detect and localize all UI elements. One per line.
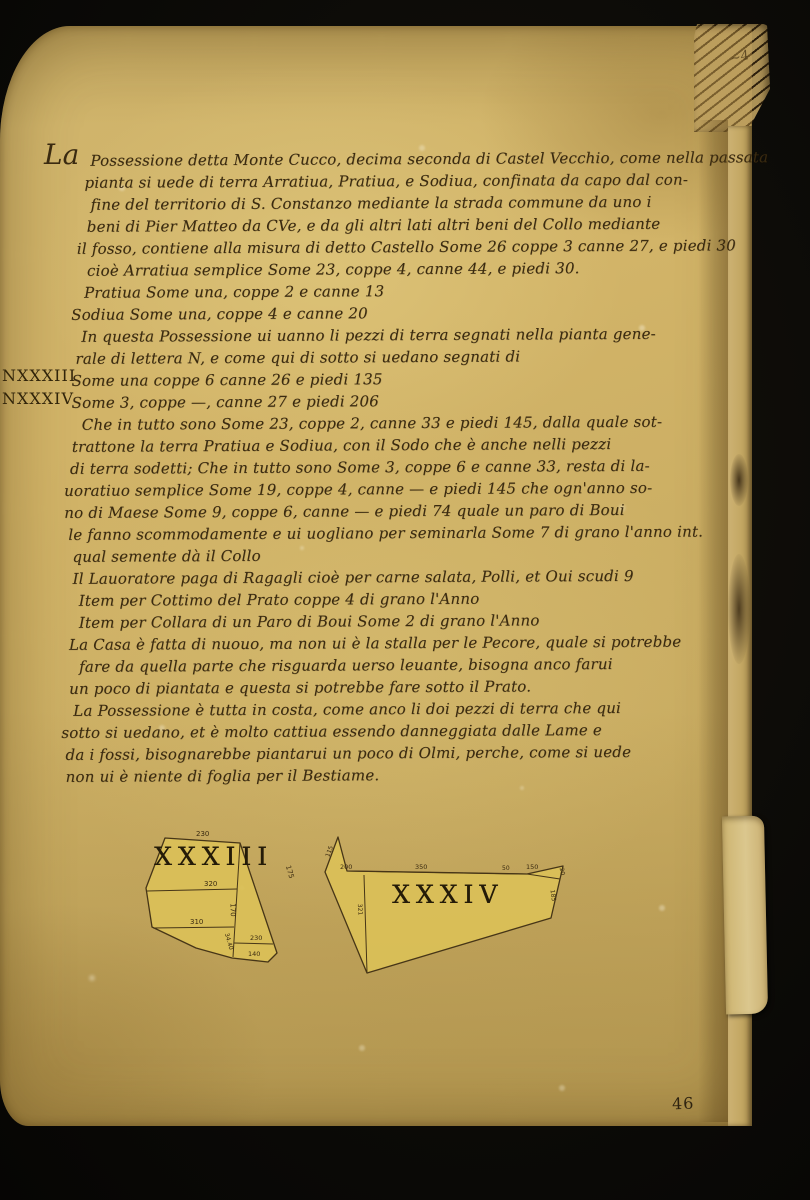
measurement-label: 200	[340, 863, 352, 871]
measurement-label: 310	[190, 918, 203, 926]
measurement-label: 321	[356, 904, 364, 916]
parchment-tab	[722, 816, 768, 1015]
parcel-label-xxxiii: XXXIII	[154, 842, 273, 871]
measurement-label: 185	[548, 889, 557, 901]
margin-label-xxxiii: NXXXIII	[2, 366, 76, 385]
parchment-speckles	[0, 26, 4, 30]
manuscript-line: La Casa è fatta di nuouo, ma non ui è la…	[69, 630, 771, 656]
parcel-label-xxxiv: XXXIV	[392, 880, 503, 909]
page-number: 46	[672, 1094, 695, 1114]
measurement-label: 140	[248, 950, 260, 958]
measurement-label: 50	[502, 865, 510, 872]
measurement-label: 150	[526, 863, 538, 871]
measurement-label: 350	[415, 863, 427, 871]
manuscript-line: il fosso, contiene alla misura di detto …	[77, 234, 769, 260]
folio-corner-stack	[694, 24, 770, 132]
measurement-label: 170	[228, 903, 236, 917]
photo-backdrop: La Possessione detta Monte Cucco, decima…	[0, 0, 810, 1200]
measurement-label: 230	[250, 934, 262, 942]
manuscript-line: pianta si uede di terra Arratiua, Pratiu…	[84, 168, 768, 194]
measurement-label: 230	[196, 830, 209, 838]
manuscript-text: Possessione detta Monte Cucco, decima se…	[70, 146, 771, 788]
measurement-label: 320	[204, 880, 217, 888]
parcel-diagram-xxxiii: XXXIII 230 175 320 170 310 34.40 230 140	[140, 830, 290, 970]
margin-label-xxxiv: NXXXIV	[2, 389, 74, 408]
parcel-diagram-xxxiv: XXXIV 115 200 350 50 150 20 185 321	[320, 830, 570, 980]
manuscript-line: le fanno scommodamente e ui uogliano per…	[68, 520, 770, 546]
measurement-label: 20	[558, 867, 566, 876]
manuscript-line: non ui è niente di foglia per il Bestiam…	[66, 762, 772, 788]
